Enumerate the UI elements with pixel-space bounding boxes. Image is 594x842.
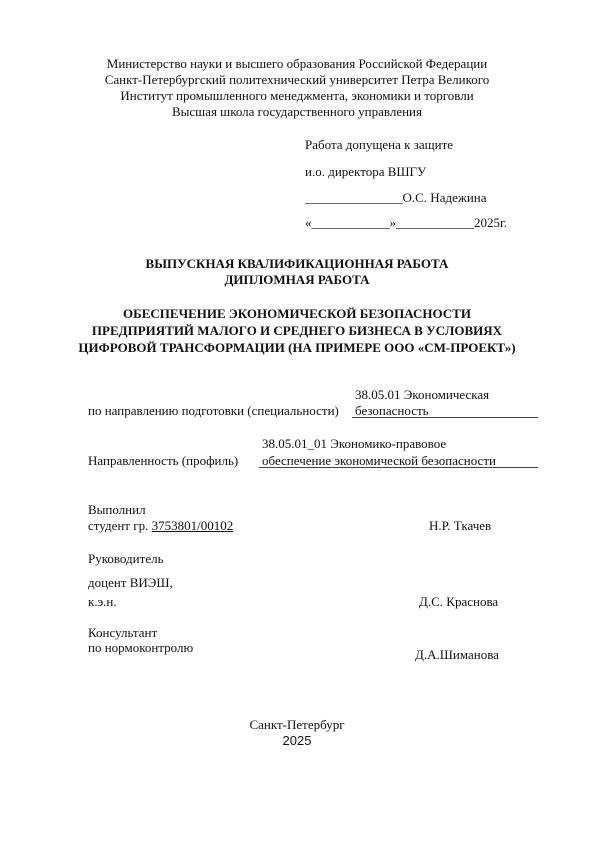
consultant-role: Консультант <box>88 625 157 641</box>
supervisor-degree: к.э.н. <box>88 594 117 610</box>
specialty-underline <box>352 417 538 418</box>
institute-line: Институт промышленного менеджмента, экон… <box>0 88 594 104</box>
approval-position: и.о. директора ВШГУ <box>305 164 426 180</box>
profile-value-line1: 38.05.01_01 Экономико-правовое <box>262 436 446 452</box>
supervisor-position: доцент ВИЭШ, <box>88 575 173 591</box>
specialty-label: по направлению подготовки (специальности… <box>88 403 339 419</box>
work-type-line1: ВЫПУСКНАЯ КВАЛИФИКАЦИОННАЯ РАБОТА <box>0 256 594 272</box>
supervisor-name: Д.С. Краснова <box>419 594 498 610</box>
student-name: Н.Р. Ткачев <box>429 518 491 534</box>
topic-line3: ЦИФРОВОЙ ТРАНСФОРМАЦИИ (НА ПРИМЕРЕ ООО «… <box>0 340 594 356</box>
footer-city: Санкт-Петербург <box>0 717 594 733</box>
supervisor-role: Руководитель <box>88 551 164 567</box>
student-role: Выполнил <box>88 502 146 518</box>
topic-line1: ОБЕСПЕЧЕНИЕ ЭКОНОМИЧЕСКОЙ БЕЗОПАСНОСТИ <box>0 306 594 322</box>
specialty-value-line1: 38.05.01 Экономическая <box>355 387 489 403</box>
student-group-number: 3753801/00102 <box>152 518 234 533</box>
profile-label: Направленность (профиль) <box>88 453 238 469</box>
work-type-line2: ДИПЛОМНАЯ РАБОТА <box>0 272 594 288</box>
approval-admitted: Работа допущена к защите <box>305 137 453 153</box>
student-group-row: студент гр. 3753801/00102 <box>88 518 233 534</box>
footer-year: 2025 <box>0 733 594 748</box>
profile-underline <box>259 467 538 468</box>
approval-signature: _______________О.С. Надежина <box>305 190 487 206</box>
student-group-prefix: студент гр. <box>88 518 148 533</box>
consultant-name: Д.А.Шиманова <box>415 647 499 663</box>
school-line: Высшая школа государственного управления <box>0 104 594 120</box>
consultant-area: по нормоконтролю <box>88 640 193 656</box>
ministry-line: Министерство науки и высшего образования… <box>0 56 594 72</box>
university-line: Санкт-Петербургский политехнический унив… <box>0 72 594 88</box>
topic-line2: ПРЕДПРИЯТИЙ МАЛОГО И СРЕДНЕГО БИЗНЕСА В … <box>0 323 594 339</box>
approval-date: «____________»____________2025г. <box>305 215 507 231</box>
